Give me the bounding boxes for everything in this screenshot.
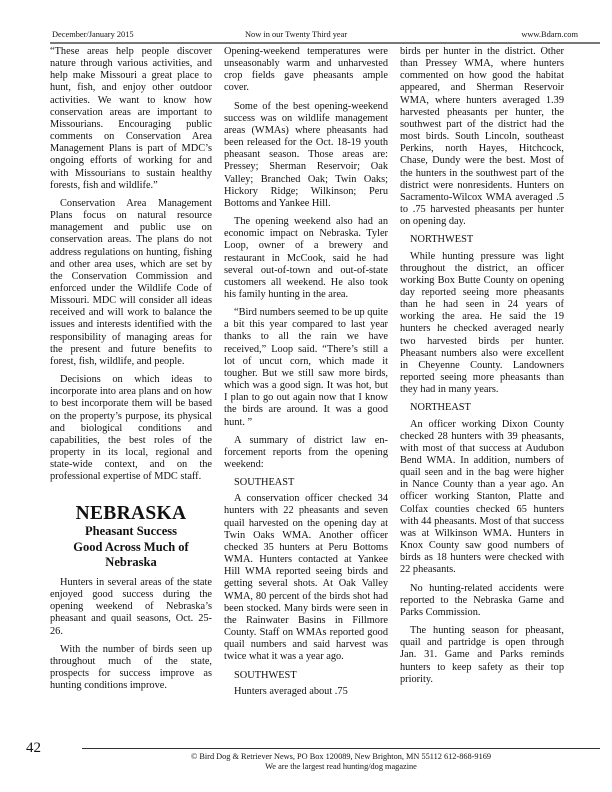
subhead-line: Good Across Much of xyxy=(50,540,212,556)
subhead-line: Nebraska xyxy=(50,555,212,571)
paragraph: Opening-weekend temperatures were unseas… xyxy=(224,46,388,95)
section-heading-southwest: SOUTHWEST xyxy=(224,670,388,682)
paragraph: While hunting pressure was light through… xyxy=(400,251,564,397)
headline-state: NEBRASKA xyxy=(50,503,212,524)
paragraph: “These areas help people discover nature… xyxy=(50,46,212,192)
paragraph: “Bird numbers seemed to be up quite a bi… xyxy=(224,307,388,429)
issue-date: December/January 2015 xyxy=(52,29,134,41)
page-footer: © Bird Dog & Retriever News, PO Box 1200… xyxy=(82,752,600,772)
paragraph: An officer working Dixon Coun­ty checked… xyxy=(400,419,564,577)
subhead-line: Pheasant Success xyxy=(50,524,212,540)
column-2: Opening-weekend temperatures were unseas… xyxy=(224,46,388,704)
page-header: December/January 2015 Now in our Twenty … xyxy=(50,29,600,41)
paragraph: The opening weekend also had an economic… xyxy=(224,216,388,301)
paragraph: Some of the best opening-week­end succes… xyxy=(224,101,388,210)
page-number: 42 xyxy=(26,740,41,756)
magazine-tagline: Now in our Twenty Third year xyxy=(245,29,347,41)
paragraph: Conservation Area Management Plans focus… xyxy=(50,198,212,368)
paragraph: Hunters in several areas of the state en… xyxy=(50,577,212,638)
copyright-line: © Bird Dog & Retriever News, PO Box 1200… xyxy=(82,752,600,762)
column-3: birds per hunter in the district. Other … xyxy=(400,46,564,692)
paragraph: With the number of birds seen up through… xyxy=(50,644,212,693)
section-heading-northwest: NORTHWEST xyxy=(400,234,564,246)
slogan-line: We are the largest read hunting/dog maga… xyxy=(82,762,600,772)
paragraph: The hunting season for pheas­ant, quail … xyxy=(400,625,564,686)
header-divider xyxy=(50,42,600,44)
paragraph: A summary of district law en­forcement r… xyxy=(224,435,388,471)
paragraph: birds per hunter in the district. Other … xyxy=(400,46,564,228)
paragraph: Hunters averaged about .75 xyxy=(224,686,388,698)
paragraph: A conservation officer checked 34 hunter… xyxy=(224,493,388,663)
column-1: “These areas help people discover nature… xyxy=(50,46,212,698)
footer-divider xyxy=(82,748,600,749)
article-headline: NEBRASKA Pheasant Success Good Across Mu… xyxy=(50,503,212,571)
section-heading-southeast: SOUTHEAST xyxy=(224,477,388,489)
section-heading-northeast: NORTHEAST xyxy=(400,402,564,414)
paragraph: Decisions on which ideas to incorporate … xyxy=(50,374,212,483)
paragraph: No hunting-related accidents were report… xyxy=(400,583,564,619)
website-link[interactable]: www.Bdarn.com xyxy=(521,29,578,41)
